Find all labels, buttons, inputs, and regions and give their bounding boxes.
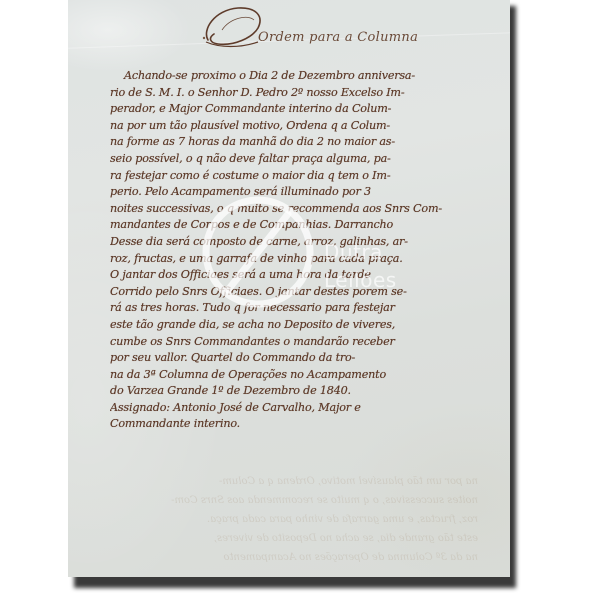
body-line: noites successivas, o q muito se recomme… bbox=[110, 201, 482, 218]
signature-line: Commandante interino. bbox=[110, 416, 482, 433]
body-line: ra festejar como é costume o maior dia q… bbox=[110, 168, 482, 185]
body-line: este tão grande dia, se acha no Deposito… bbox=[110, 317, 482, 334]
body-line: Desse dia será composto de carne, arroz,… bbox=[110, 234, 482, 251]
body-line: Achando-se proximo o Dia 2 de Dezembro a… bbox=[110, 68, 482, 85]
body-line: rá as tres horas. Tudo q for necessario … bbox=[110, 300, 482, 317]
body-line: perio. Pelo Acampamento será illuminado … bbox=[110, 184, 482, 201]
body-line: na da 3ª Columna de Operações no Acampam… bbox=[110, 367, 482, 384]
body-line: seio possível, o q não deve faltar praça… bbox=[110, 151, 482, 168]
bleed-line: na da 3ª Columna de Operações no Acampam… bbox=[148, 548, 478, 567]
bleed-line: na por um tão plausível motivo, Ordena q… bbox=[148, 472, 478, 491]
ornamental-capital-o-icon bbox=[200, 4, 270, 54]
reverse-side-bleed-through: na por um tão plausível motivo, Ordena q… bbox=[148, 472, 478, 567]
body-line: rio de S. M. I. o Senhor D. Pedro 2º nos… bbox=[110, 85, 482, 102]
body-line: Corrido pelo Snrs Officiaes. O jantar de… bbox=[110, 284, 482, 301]
body-line: cumbe os Snrs Commandantes o mandarão re… bbox=[110, 334, 482, 351]
page-stage: Ordem para a Columna Achando-se proximo … bbox=[0, 0, 600, 600]
document-paper: Ordem para a Columna Achando-se proximo … bbox=[68, 0, 510, 577]
body-line: roz, fructas, e uma garrafa de vinho par… bbox=[110, 251, 482, 268]
body-line: na por um tão plausível motivo, Ordena q… bbox=[110, 118, 482, 135]
body-line: por seu vallor. Quartel do Commando da t… bbox=[110, 350, 482, 367]
body-line: perador, e Major Commandante interino da… bbox=[110, 101, 482, 118]
document-body: Achando-se proximo o Dia 2 de Dezembro a… bbox=[110, 68, 482, 433]
heading-text: Ordem para a Columna bbox=[258, 30, 418, 45]
bleed-line: este tão grande dia, se acha no Deposito… bbox=[148, 529, 478, 548]
signature-line: Assignado: Antonio José de Carvalho, Maj… bbox=[110, 400, 482, 417]
document-heading: Ordem para a Columna bbox=[200, 4, 460, 54]
body-line: mandantes de Corpos e de Companhias. Dar… bbox=[110, 217, 482, 234]
body-line: na forme as 7 horas da manhã do dia 2 no… bbox=[110, 134, 482, 151]
body-line: O jantar dos Officiaes será a uma hora d… bbox=[110, 267, 482, 284]
body-line: do Varzea Grande 1º de Dezembro de 1840. bbox=[110, 383, 482, 400]
bleed-line: roz, fructas, e uma garrafa de vinho par… bbox=[148, 510, 478, 529]
bleed-line: noites successivas, o q muito se recomme… bbox=[148, 491, 478, 510]
